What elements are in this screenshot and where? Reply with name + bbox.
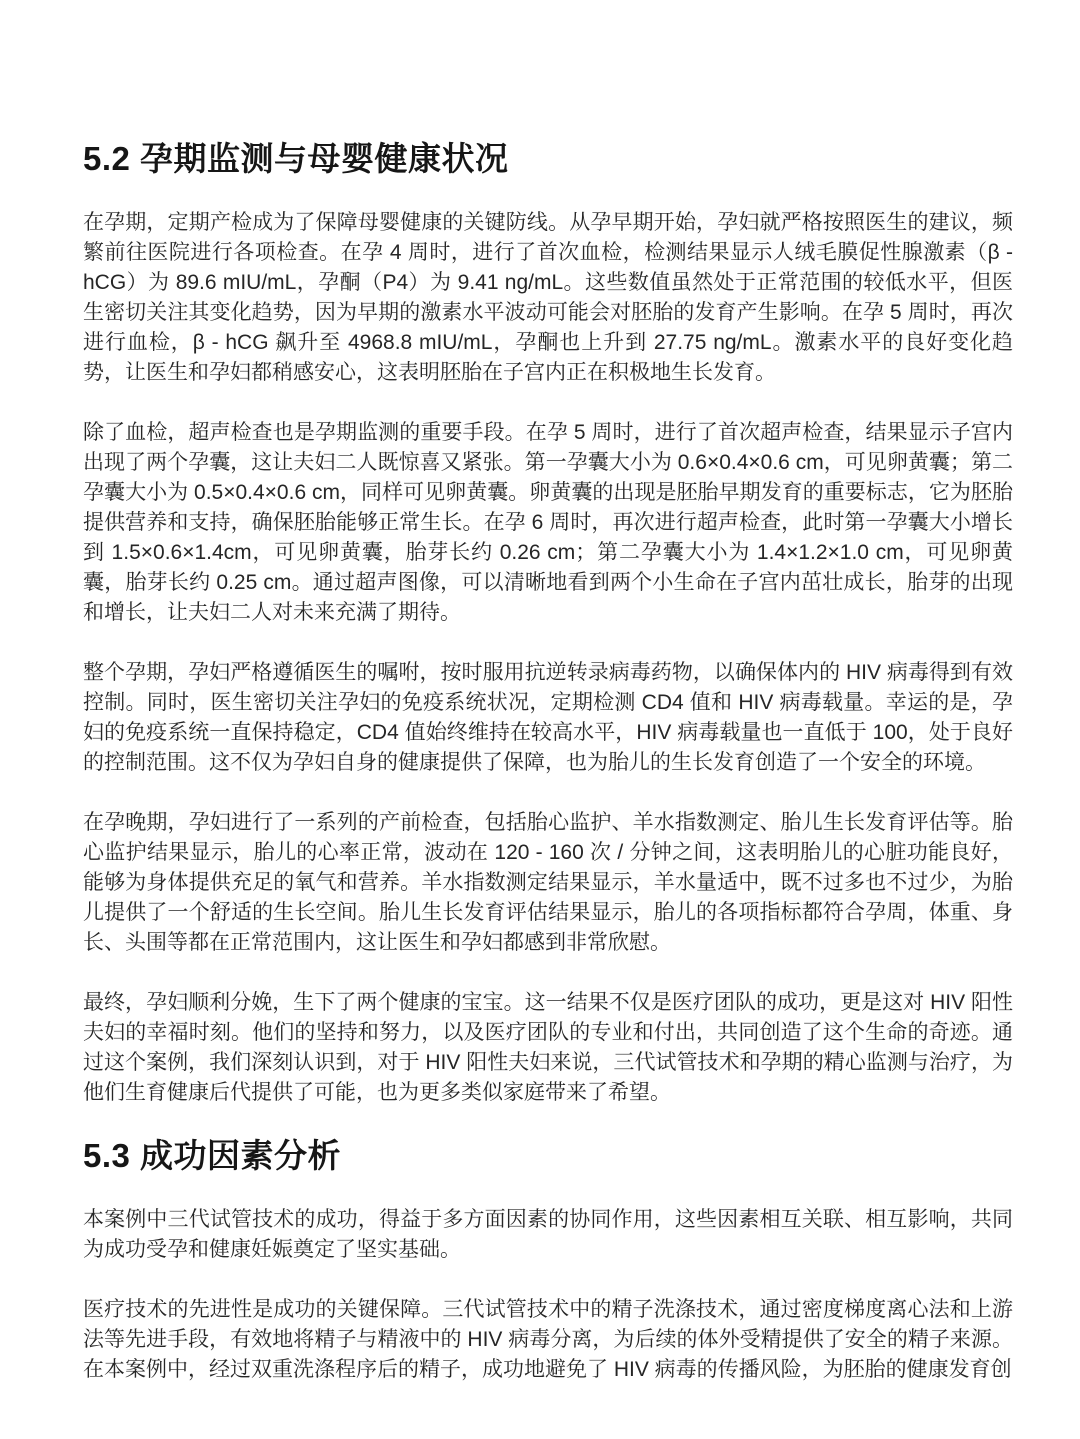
paragraph-delivery-outcome: 最终，孕妇顺利分娩，生下了两个健康的宝宝。这一结果不仅是医疗团队的成功，更是这对… <box>83 988 1013 1108</box>
paragraph-late-pregnancy-checks: 在孕晚期，孕妇进行了一系列的产前检查，包括胎心监护、羊水指数测定、胎儿生长发育评… <box>83 808 1013 958</box>
section-heading-5-3: 5.3 成功因素分析 <box>83 1138 1013 1174</box>
paragraph-ultrasound-exams: 除了血检，超声检查也是孕期监测的重要手段。在孕 5 周时，进行了首次超声检查，结… <box>83 418 1013 628</box>
paragraph-prenatal-blood-tests: 在孕期，定期产检成为了保障母婴健康的关键防线。从孕早期开始，孕妇就严格按照医生的… <box>83 208 1013 388</box>
paragraph-antiviral-treatment: 整个孕期，孕妇严格遵循医生的嘱咐，按时服用抗逆转录病毒药物，以确保体内的 HIV… <box>83 658 1013 778</box>
document-page: 5.2 孕期监测与母婴健康状况 在孕期，定期产检成为了保障母婴健康的关键防线。从… <box>0 0 1080 1439</box>
section-heading-5-2: 5.2 孕期监测与母婴健康状况 <box>83 141 1013 177</box>
paragraph-medical-technology: 医疗技术的先进性是成功的关键保障。三代试管技术中的精子洗涤技术，通过密度梯度离心… <box>83 1295 1013 1385</box>
paragraph-success-factors-intro: 本案例中三代试管技术的成功，得益于多方面因素的协同作用，这些因素相互关联、相互影… <box>83 1205 1013 1265</box>
